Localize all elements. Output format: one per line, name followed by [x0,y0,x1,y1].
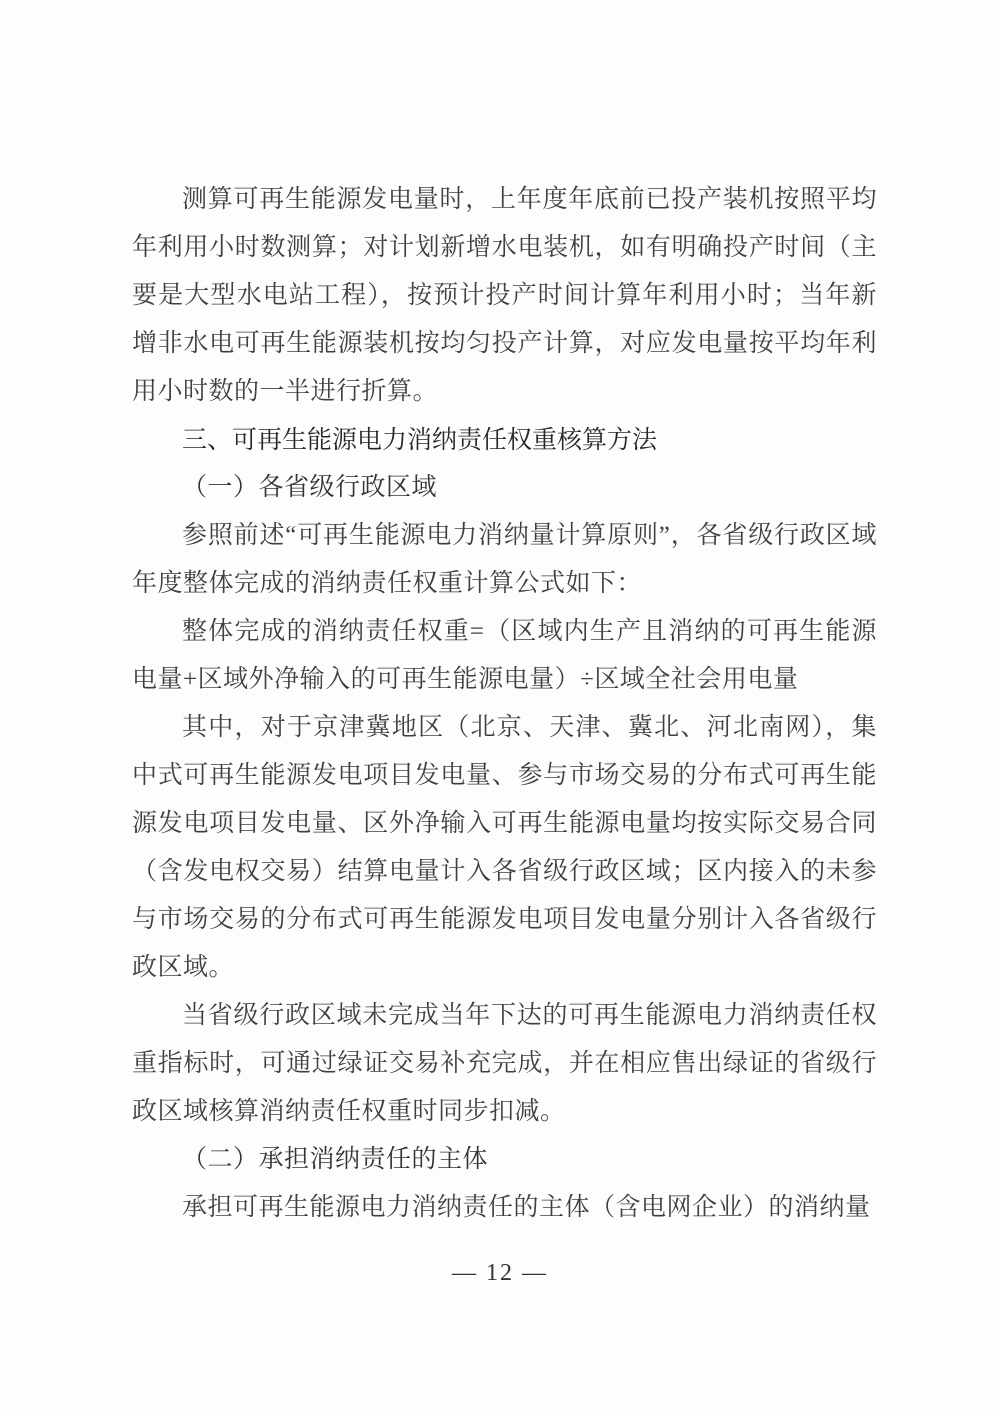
subsection-heading-provincial-regions: （一）各省级行政区域 [132,464,877,512]
subsection-heading-responsible-entities: （二）承担消纳责任的主体 [132,1136,877,1184]
paragraph-formula-intro: 参照前述“可再生能源电力消纳量计算原则”，各省级行政区域年度整体完成的消纳责任权… [132,512,877,608]
paragraph-jingjinji-region-rule: 其中，对于京津冀地区（北京、天津、冀北、河北南网），集中式可再生能源发电项目发电… [132,704,877,992]
document-content: 测算可再生能源发电量时，上年度年底前已投产装机按照平均年利用小时数测算；对计划新… [132,176,877,1232]
paragraph-weight-formula: 整体完成的消纳责任权重=（区域内生产且消纳的可再生能源电量+区域外净输入的可再生… [132,608,877,704]
paragraph-green-certificate-rule: 当省级行政区域未完成当年下达的可再生能源电力消纳责任权重指标时，可通过绿证交易补… [132,992,877,1136]
page-number: — 12 — [0,1258,1000,1288]
paragraph-responsible-entities-intro: 承担可再生能源电力消纳责任的主体（含电网企业）的消纳量 [132,1184,877,1232]
section-heading-accounting-method: 三、可再生能源电力消纳责任权重核算方法 [132,416,877,464]
paragraph-generation-measurement-rule: 测算可再生能源发电量时，上年度年底前已投产装机按照平均年利用小时数测算；对计划新… [132,176,877,416]
document-page: 测算可再生能源发电量时，上年度年底前已投产装机按照平均年利用小时数测算；对计划新… [0,0,1000,1413]
